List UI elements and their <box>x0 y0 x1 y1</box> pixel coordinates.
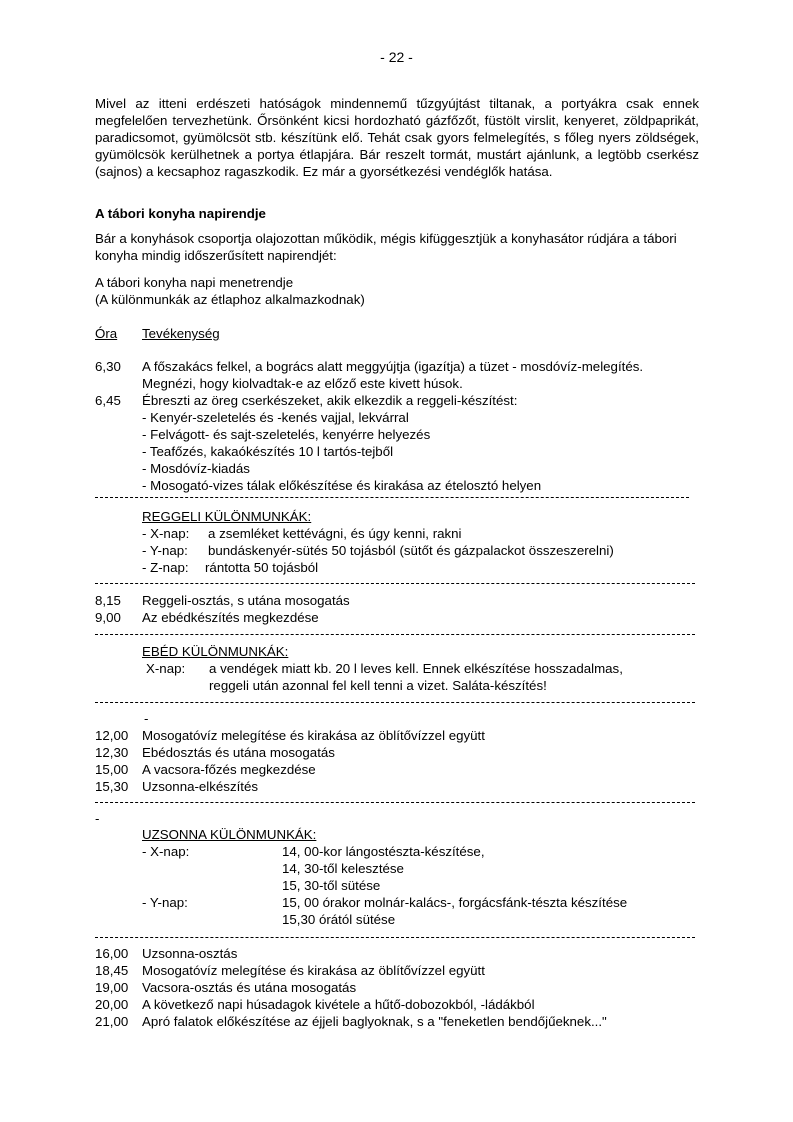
divider <box>95 802 695 803</box>
schedule-activity: - Felvágott- és sajt-szeletelés, kenyérr… <box>142 426 430 443</box>
extra-task: 15, 30-től sütése <box>282 877 380 894</box>
schedule-time: 15,30 <box>95 778 128 795</box>
extra-task: 14, 00-kor lángostészta-készítése, <box>282 843 485 860</box>
schedule-title: A tábori konyha napi menetrendje <box>95 274 293 291</box>
page-number: - 22 - <box>0 49 793 65</box>
extra-day-label: - X-nap: <box>142 843 189 860</box>
extra-task: 15, 00 órakor molnár-kalács-, forgácsfán… <box>282 894 627 911</box>
schedule-activity: Uzsonna-osztás <box>142 945 237 962</box>
schedule-activity: Reggeli-osztás, s utána mosogatás <box>142 592 350 609</box>
lunch-extra-day: X-nap: <box>146 660 185 677</box>
extra-task: 15,30 órától sütése <box>282 911 395 928</box>
schedule-activity: - Teafőzés, kakaókészítés 10 l tartós-te… <box>142 443 393 460</box>
schedule-activity: A következő napi húsadagok kivétele a hű… <box>142 996 535 1013</box>
divider <box>95 634 695 635</box>
schedule-activity: - Mosdóvíz-kiadás <box>142 460 250 477</box>
lunch-extra-line-1: a vendégek miatt kb. 20 l leves kell. En… <box>209 660 623 677</box>
header-activity: Tevékenység <box>142 325 220 342</box>
stray-dash: - <box>95 810 99 827</box>
schedule-activity: Mosogatóvíz melegítése és kirakása az öb… <box>142 727 485 744</box>
schedule-time: 12,00 <box>95 727 128 744</box>
schedule-activity: Ebédosztás és utána mosogatás <box>142 744 335 761</box>
schedule-activity: Megnézi, hogy kiolvadtak-e az előző este… <box>142 375 463 392</box>
schedule-activity: A főszakács felkel, a bogrács alatt megg… <box>142 358 643 375</box>
lunch-extra-title: EBÉD KÜLÖNMUNKÁK: <box>142 643 288 660</box>
intro-paragraph: Mivel az itteni erdészeti hatóságok mind… <box>95 95 699 180</box>
breakfast-extra-title: REGGELI KÜLÖNMUNKÁK: <box>142 508 311 525</box>
schedule-activity: Mosogatóvíz melegítése és kirakása az öb… <box>142 962 485 979</box>
schedule-activity: Az ebédkészítés megkezdése <box>142 609 319 626</box>
schedule-time: 8,15 <box>95 592 121 609</box>
divider <box>95 497 689 498</box>
snack-extra-title: UZSONNA KÜLÖNMUNKÁK: <box>142 826 316 843</box>
section-paragraph: Bár a konyhások csoportja olajozottan mű… <box>95 230 699 264</box>
schedule-activity: Uzsonna-elkészítés <box>142 778 258 795</box>
schedule-time: 19,00 <box>95 979 128 996</box>
divider <box>95 583 695 584</box>
schedule-time: 9,00 <box>95 609 121 626</box>
extra-task: rántotta 50 tojásból <box>205 559 318 576</box>
extra-task: a zsemléket kettévágni, és úgy kenni, ra… <box>208 525 462 542</box>
schedule-time: 21,00 <box>95 1013 128 1030</box>
schedule-activity: - Kenyér-szeletelés és -kenés vajjal, le… <box>142 409 409 426</box>
extra-task: 14, 30-től kelesztése <box>282 860 404 877</box>
schedule-time: 6,45 <box>95 392 121 409</box>
schedule-time: 18,45 <box>95 962 128 979</box>
schedule-activity: Apró falatok előkészítése az éjjeli bagl… <box>142 1013 607 1030</box>
schedule-time: 16,00 <box>95 945 128 962</box>
extra-day-label: - Z-nap: <box>142 559 189 576</box>
schedule-activity: Vacsora-osztás és utána mosogatás <box>142 979 356 996</box>
schedule-time: 6,30 <box>95 358 121 375</box>
schedule-activity: A vacsora-főzés megkezdése <box>142 761 316 778</box>
section-heading: A tábori konyha napirendje <box>95 205 266 222</box>
extra-day-label: - Y-nap: <box>142 894 188 911</box>
divider <box>95 937 695 938</box>
extra-day-label: - Y-nap: <box>142 542 188 559</box>
extra-day-label: - X-nap: <box>142 525 189 542</box>
schedule-time: 20,00 <box>95 996 128 1013</box>
schedule-subtitle: (A különmunkák az étlaphoz alkalmazkodna… <box>95 291 365 308</box>
schedule-time: 15,00 <box>95 761 128 778</box>
extra-task: bundáskenyér-sütés 50 tojásból (sütőt és… <box>208 542 614 559</box>
schedule-activity: Ébreszti az öreg cserkészeket, akik elke… <box>142 392 517 409</box>
stray-dash: - <box>144 710 148 727</box>
divider <box>95 702 695 703</box>
lunch-extra-line-2: reggeli után azonnal fel kell tenni a vi… <box>209 677 547 694</box>
schedule-activity: - Mosogató-vizes tálak előkészítése és k… <box>142 477 541 494</box>
table-header: Óra Tevékenység <box>95 325 117 342</box>
header-time: Óra <box>95 326 117 341</box>
schedule-time: 12,30 <box>95 744 128 761</box>
